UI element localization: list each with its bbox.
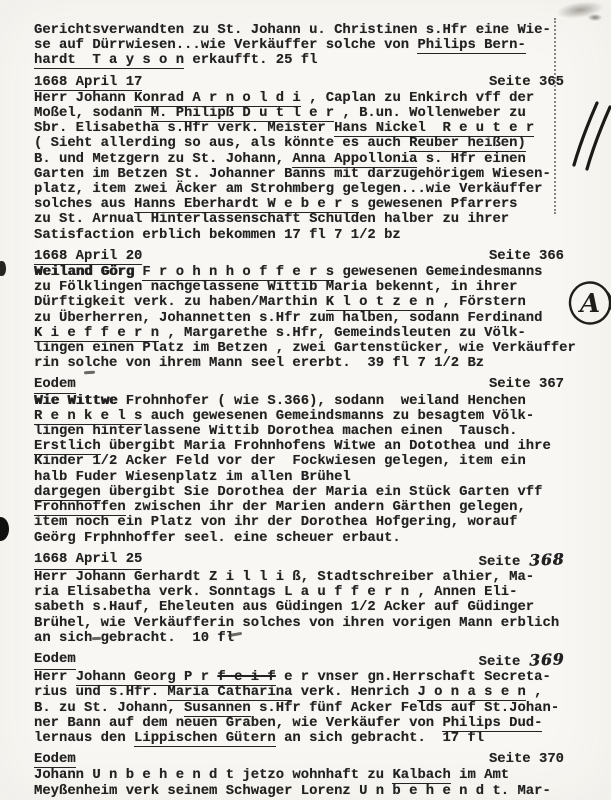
text-line: an sich gebracht. 10 fl [34,631,564,646]
text-segment: im Amt [451,767,509,783]
text-line: ( Sieht allerding so aus, als könnte es … [34,136,564,151]
text-segment: Frohnhofer ( wie S.366), sodann weiland … [117,393,525,409]
entry-date: 1668 April 25 [34,552,142,570]
text-segment: Satisfaction erblich bekommen 17 fl 7 1/… [34,227,401,243]
entry-date: 1668 April 20 [34,249,142,265]
text-line: K i e f f e r n , Margarethe s.Hfr, Geme… [34,326,564,341]
text-segment: platz, item zwei Äcker am Strohmberg gel… [34,181,542,197]
text-line: Brühel, wie Verkäufferin solches von ihr… [34,616,564,631]
text-segment: Garten im Betzen St. Johanner Banns mit … [34,166,551,182]
text-segment: übergibt Maria Frohnhofens Witwe an Doto… [101,438,551,454]
entry-header: EodemSeite 370 [34,752,564,768]
entry-date: Eodem [34,652,76,670]
underlined-name: Philips Bern- [417,37,525,54]
text-segment: Herr Johann Gerhardt Z i l l i ß, Stadts… [34,569,534,585]
text-segment: B. und Metzgern zu St. Johann, [34,151,292,167]
text-segment: Herr Johann [34,90,134,106]
text-segment: Meyßenheim verk seinem Schwager Lorenz U… [34,783,551,799]
scanned-document-page: Gerichtsverwandten zu St. Johann u. Chri… [0,0,611,800]
page-reference: Seite 369 [479,652,564,670]
text-line: Johann U n b e h e n d t jetzo wohnhaft … [34,768,564,783]
page-reference-label: Seite [489,376,539,392]
text-segment: Herr [34,669,76,685]
page-reference-label: Seite [489,74,539,90]
text-segment: auch gewesenen Gemeindsmanns zu besagtem… [142,408,534,424]
text-segment: gewesenen Gemeindesmanns [334,264,542,280]
text-segment: B. zu St. Johann, [34,700,184,716]
text-segment: , Caplan zu Enkirch vff der [301,90,534,106]
text-segment: Dürftigkeit verk. zu haben/Marthin [34,294,326,310]
circled-letter-annotation-icon: A [567,279,611,327]
text-segment: ria Elisabetha verk. Sonntags L a u f f … [34,584,517,600]
text-segment: lingen einen Platz im Betzen , zwei Gart… [34,340,576,356]
text-line: lingen hinterlassene Wittib Dorothea mac… [34,424,564,439]
dotted-margin-line [554,18,556,214]
text-segment: Sbr. Elisabetha s.Hfr verk. Meister [34,120,334,136]
text-segment: verk. Henrich [292,684,417,700]
page-reference-label: Seite [489,248,539,264]
text-line: Garten im Betzen St. Johanner Banns mit … [34,167,564,182]
underlined-name: hardt T a y s o n [34,52,184,69]
ink-tick-left-margin [0,261,6,276]
text-segment: rius und s.Hfr. [34,684,167,700]
document-text-column: Gerichtsverwandten zu St. Johann u. Chri… [34,23,564,799]
text-line: Geörg Frphnhoffer seel. eine scheuer erb… [34,531,564,546]
text-segment: halb Fuder Wiesenplatz im allen Brühel [34,469,351,485]
text-line: zu St. Arnual Hinterlassenschaft Schulde… [34,212,564,227]
text-segment: zwischen ihr der Marien andern Gärthen g… [126,499,526,515]
page-reference-label: Seite [479,654,529,670]
text-line: zu Überherren, Johannetten s.Hfr zum hal… [34,311,564,326]
text-line: R e n k e l s auch gewesenen Gemeindsman… [34,409,564,424]
text-segment: zu Überherren, Johannetten s.Hfr zum hal… [34,310,542,326]
text-line: rius und s.Hfr. Maria Catharina verk. He… [34,685,564,700]
text-segment: s. Hfr einen [417,151,525,167]
text-segment: zu Fölklingen nachgelassene Wittib Maria… [34,279,517,295]
text-segment: , B.un. Wollenweber zu [334,105,526,121]
text-line: Herr Johann Konrad A r n o l d i , Capla… [34,91,564,106]
text-segment: lingen hinterlassene Wittib Dorothea mac… [34,423,517,439]
page-reference: Seite 365 [489,75,564,91]
text-segment: gewesenen Pfarrers [359,196,517,212]
entry-header: 1668 April 20Seite 366 [34,249,564,265]
text-segment: , [526,684,543,700]
text-line: lernaus den Lippischen Gütern an sich ge… [34,731,564,746]
text-line: platz, item zwei Äcker am Strohmberg gel… [34,182,564,197]
entry-header: EodemSeite 369 [34,652,564,670]
text-line: rin solche von ihrem Mann seel ererbt. 3… [34,356,564,371]
text-segment: an sich gebracht. 10 fl [34,630,234,646]
text-segment: e r vnser gn.Herrschaft Secreta- [276,669,551,685]
text-segment: ner Bann auf dem neuen Graben, wie Verkä… [34,715,442,731]
text-segment: zu St. Arnual Hinterlassenschaft Schulde… [34,211,509,227]
text-segment: item noch ein Platz von ihr der Dorothea… [34,514,517,530]
text-line: Dürftigkeit verk. zu haben/Marthin K l o… [34,295,564,310]
text-line: lingen einen Platz im Betzen , zwei Gart… [34,341,564,356]
text-segment: Kinder 1/2 Acker Feld vor der Fockwiesen… [34,453,526,469]
text-segment: rin solche von ihrem Mann seel ererbt. 3… [34,355,484,371]
page-reference-number: 367 [539,376,564,392]
text-segment: Gerichtsverwandten zu St. Johann u. Chri… [34,22,551,38]
entry-header: EodemSeite 367 [34,377,564,393]
text-segment: sabeth s.Hauf, Eheleuten aus Güdingen 1/… [34,599,534,615]
text-line: Meyßenheim verk seinem Schwager Lorenz U… [34,784,564,799]
page-reference-label: Seite [479,554,529,570]
text-line: item noch ein Platz von ihr der Dorothea… [34,515,564,530]
page-reference: Seite 368 [479,552,564,570]
page-reference: Seite 370 [489,752,564,768]
page-reference-label: Seite [489,751,539,767]
text-line: Weiland Görg F r o h n h o f f e r s gew… [34,265,564,280]
text-segment: solches aus [34,196,134,212]
text-line: hardt T a y s o n erkaufft. 25 fl [34,53,564,68]
text-line: Satisfaction erblich bekommen 17 fl 7 1/… [34,228,564,243]
page-reference-number: 369 [528,651,564,667]
text-segment: se auf Dürrwiesen...wie Verkäuffer solch… [34,37,417,53]
page-reference: Seite 367 [489,377,564,393]
ink-blob-left-margin [0,517,9,541]
text-segment: Geörg Frphnhoffer seel. eine scheuer erb… [34,530,401,546]
text-line: Wie Wittwe Frohnhofer ( wie S.366), soda… [34,394,564,409]
entry-header: 1668 April 25Seite 368 [34,552,564,570]
text-segment: übergibt Sie Dorothea der Maria ein Stüc… [101,484,543,500]
text-line: sabeth s.Hauf, Eheleuten aus Güdingen 1/… [34,600,564,615]
text-line: halb Fuder Wiesenplatz im allen Brühel [34,470,564,485]
text-segment: , Margarethe s.Hfr, Gemeindsleuten zu Vö… [159,325,526,341]
text-segment: s.Hfr fünf Acker Felds auf St.Johan- [251,700,559,716]
page-reference-number: 366 [539,248,564,264]
text-line: B. zu St. Johann, Susannen s.Hfr fünf Ac… [34,701,564,716]
text-line: Gerichtsverwandten zu St. Johann u. Chri… [34,23,564,38]
text-segment: Johann U n b e h e n d t jetzo wohnhaft … [34,767,392,783]
underlined-name: Lippischen Gütern [134,730,276,747]
entry-date: Eodem [34,752,76,768]
entry-header: 1668 April 17Seite 365 [34,75,564,91]
text-segment: Brühel, wie Verkäufferin solches von ihr… [34,615,559,631]
pen-dash-mark [92,637,101,640]
text-segment: Moßel, sodann [34,105,151,121]
text-line: dargegen übergibt Sie Dorothea der Maria… [34,485,564,500]
text-line: ner Bann auf dem neuen Graben, wie Verkä… [34,716,564,731]
text-segment: erkaufft. 25 fl [184,52,317,68]
text-line: Kinder 1/2 Acker Feld vor der Fockwiesen… [34,454,564,469]
page-reference-number: 368 [528,551,564,567]
circled-letter-text: A [577,289,600,319]
smudge-dot-top-right [588,14,602,21]
double-slash-annotation-icon [566,97,611,175]
text-segment: ( Sieht allerding so aus, als könnte es … [34,135,409,151]
text-line: B. und Metzgern zu St. Johann, Anna Appo… [34,152,564,167]
text-segment: an sich gebracht. 17 fl [276,730,484,746]
text-line: Moßel, sodann M. Philipß D u t l e r , B… [34,106,564,121]
page-reference: Seite 366 [489,249,564,265]
page-reference-number: 370 [539,751,564,767]
page-reference-number: 365 [539,74,564,90]
text-segment: Wie Wittwe [34,393,117,409]
text-segment: , Förstern [434,294,526,310]
entry-date: Eodem [34,377,76,393]
entry-date: 1668 April 17 [34,75,142,91]
text-line: Herr Johann Gerhardt Z i l l i ß, Stadts… [34,570,564,585]
text-segment: lernaus den [34,730,134,746]
text-segment: Weiland Görg [34,264,142,280]
